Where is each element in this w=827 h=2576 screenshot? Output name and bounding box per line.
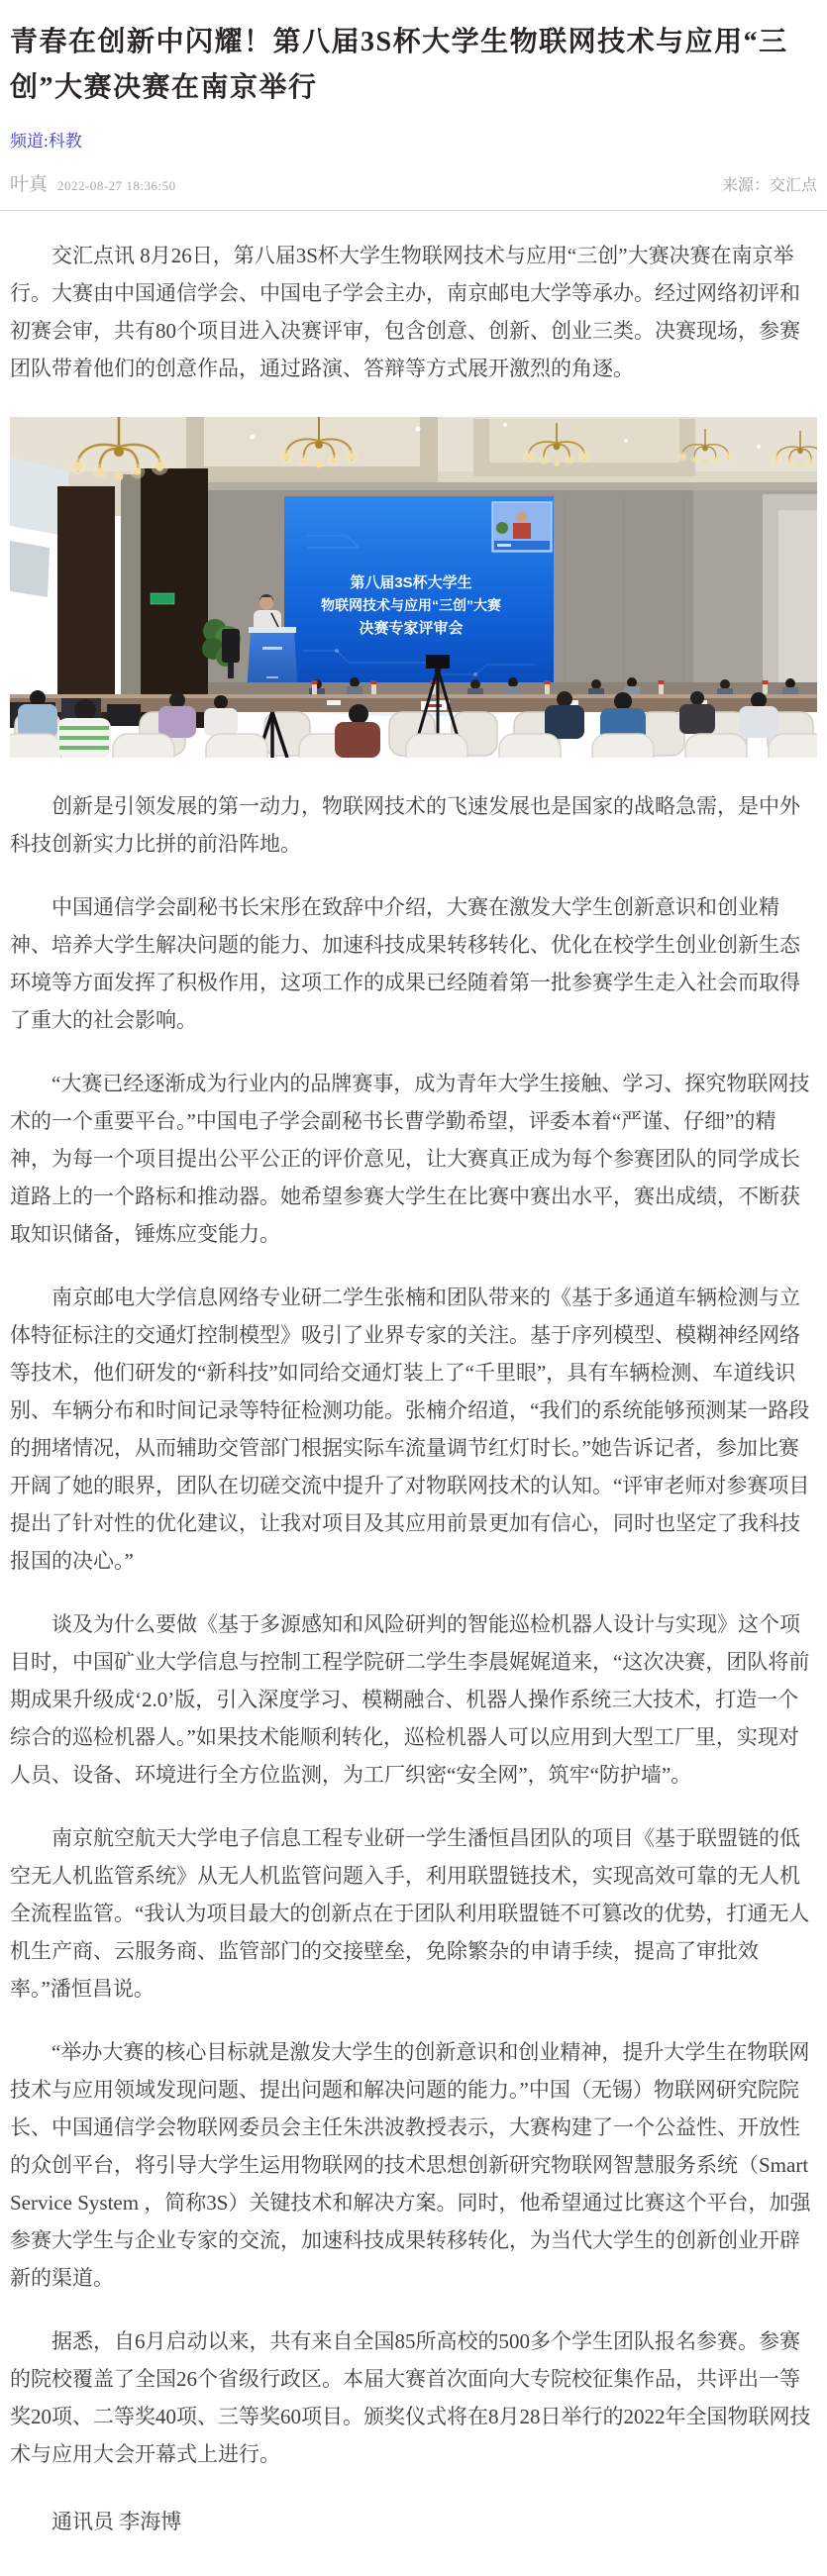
conference-photo: 第八届3S杯大学生 物联网技术与应用“三创”大赛 决赛专家评审会 [10, 417, 817, 758]
paragraph-4: “大赛已经逐渐成为行业内的品牌赛事，成为青年大学生接触、学习、探究物联网技术的一… [10, 1065, 817, 1253]
article-page: 青春在创新中闪耀！第八届3S杯大学生物联网技术与应用“三创”大赛决赛在南京举行 … [0, 20, 827, 2540]
paragraph-1: 交汇点讯 8月26日，第八届3S杯大学生物联网技术与应用“三创”大赛决赛在南京举… [10, 237, 817, 387]
author-name: 叶真 [10, 169, 48, 196]
screen-line-2: 物联网技术与应用“三创”大赛 [321, 597, 501, 613]
paragraph-9: 据悉，自6月启动以来，共有来自全国85所高校的500多个学生团队报名参赛。参赛的… [10, 2322, 817, 2473]
screen-line-3: 决赛专家评审会 [359, 619, 463, 637]
article-title: 青春在创新中闪耀！第八届3S杯大学生物联网技术与应用“三创”大赛决赛在南京举行 [10, 20, 817, 111]
meta-row: 叶真 2022-08-27 18:36:50 来源：交汇点 [10, 169, 817, 196]
divider [0, 210, 827, 211]
paragraph-3: 中国通信学会副秘书长宋彤在致辞中介绍，大赛在激发大学生创新意识和创业精神、培养大… [10, 888, 817, 1039]
screen-line-1: 第八届3S杯大学生 [350, 573, 471, 591]
paragraph-6: 谈及为什么要做《基于多源感知和风险研判的智能巡检机器人设计与实现》这个项目时，中… [10, 1605, 817, 1794]
channel-link[interactable]: 频道:科教 [10, 127, 82, 152]
publish-timestamp: 2022-08-27 18:36:50 [57, 178, 176, 194]
paragraph-7: 南京航空航天大学电子信息工程专业研一学生潘恒昌团队的项目《基于联盟链的低空无人机… [10, 1819, 817, 2008]
paragraph-5: 南京邮电大学信息网络专业研二学生张楠和团队带来的《基于多通道车辆检测与立体特征标… [10, 1279, 817, 1580]
source-label: 来源：交汇点 [722, 172, 817, 195]
conference-photo-graphic: 第八届3S杯大学生 物联网技术与应用“三创”大赛 决赛专家评审会 [10, 417, 817, 758]
article-body: 交汇点讯 8月26日，第八届3S杯大学生物联网技术与应用“三创”大赛决赛在南京举… [10, 237, 817, 2540]
paragraph-2: 创新是引领发展的第一动力，物联网技术的飞速发展也是国家的战略急需，是中外科技创新… [10, 787, 817, 863]
paragraph-8: “举办大赛的核心目标就是激发大学生的创新意识和创业精神，提升大学生在物联网技术与… [10, 2033, 817, 2297]
correspondent-signature: 通讯员 李海博 [10, 2503, 817, 2540]
